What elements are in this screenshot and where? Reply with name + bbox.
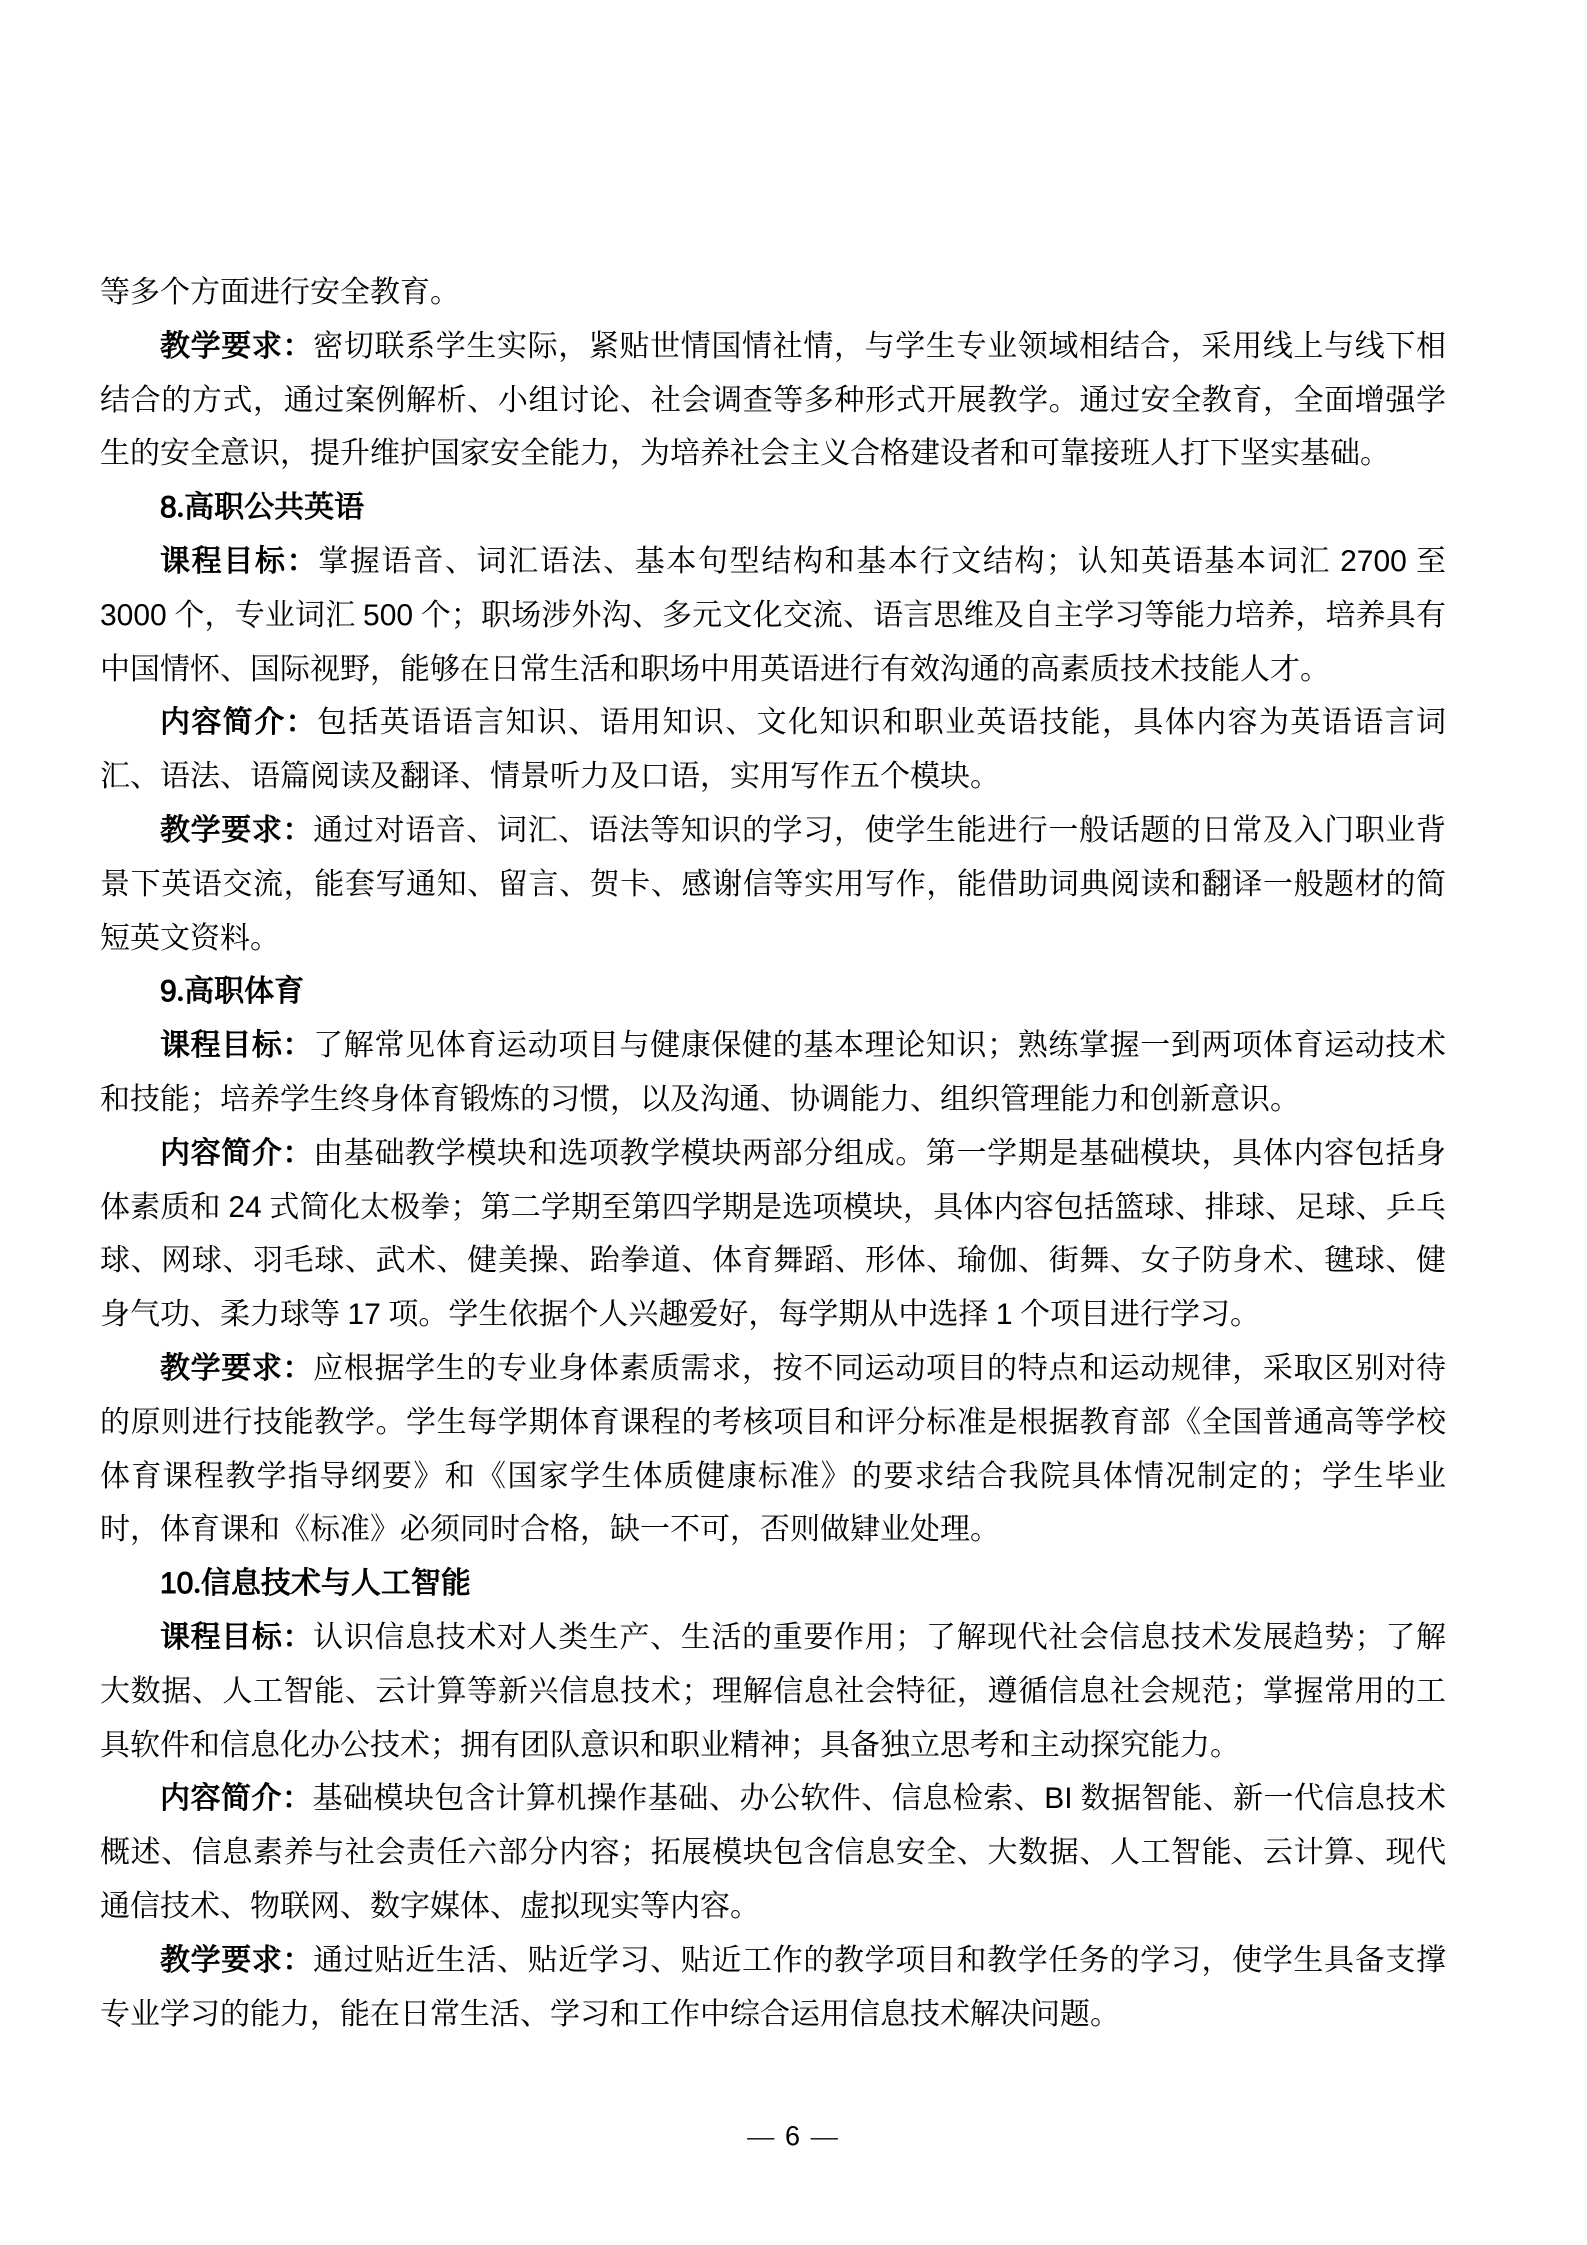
- paragraph: 内容简介：包括英语语言知识、语用知识、文化知识和职业英语技能，具体内容为英语语言…: [100, 696, 1446, 804]
- document-page: 等多个方面进行安全教育。教学要求：密切联系学生实际，紧贴世情国情社情，与学生专业…: [0, 0, 1587, 2245]
- heading-text: 8.高职公共英语: [160, 491, 364, 524]
- page-number: — 6 —: [747, 2121, 840, 2151]
- paragraph: 教学要求：通过贴近生活、贴近学习、贴近工作的教学项目和教学任务的学习，使学生具备…: [100, 1934, 1446, 2042]
- section-heading: 8.高职公共英语: [100, 481, 1446, 535]
- paragraph: 教学要求：应根据学生的专业身体素质需求，按不同运动项目的特点和运动规律，采取区别…: [100, 1342, 1446, 1557]
- paragraph-label: 教学要求：: [160, 1944, 313, 1977]
- page-footer: — 6 —: [0, 2116, 1587, 2156]
- paragraph-label: 课程目标：: [160, 545, 318, 578]
- paragraph: 课程目标：掌握语音、词汇语法、基本句型结构和基本行文结构；认知英语基本词汇 27…: [100, 535, 1446, 696]
- paragraph-label: 教学要求：: [160, 814, 313, 847]
- paragraph-label: 教学要求：: [160, 1352, 313, 1385]
- paragraph-label: 内容简介：: [160, 706, 317, 739]
- section-heading: 9.高职体育: [100, 965, 1446, 1019]
- paragraph-text: 等多个方面进行安全教育。: [100, 276, 460, 309]
- section-heading: 10.信息技术与人工智能: [100, 1557, 1446, 1611]
- paragraph-label: 教学要求：: [160, 330, 313, 363]
- paragraph: 内容简介：由基础教学模块和选项教学模块两部分组成。第一学期是基础模块，具体内容包…: [100, 1127, 1446, 1342]
- paragraph: 等多个方面进行安全教育。: [100, 266, 1446, 320]
- paragraph: 课程目标：认识信息技术对人类生产、生活的重要作用；了解现代社会信息技术发展趋势；…: [100, 1611, 1446, 1772]
- document-body: 等多个方面进行安全教育。教学要求：密切联系学生实际，紧贴世情国情社情，与学生专业…: [100, 266, 1446, 2041]
- paragraph: 教学要求：密切联系学生实际，紧贴世情国情社情，与学生专业领域相结合，采用线上与线…: [100, 320, 1446, 481]
- paragraph-label: 内容简介：: [160, 1137, 313, 1170]
- heading-text: 9.高职体育: [160, 975, 304, 1008]
- paragraph-label: 内容简介：: [160, 1782, 312, 1815]
- paragraph: 课程目标：了解常见体育运动项目与健康保健的基本理论知识；熟练掌握一到两项体育运动…: [100, 1019, 1446, 1127]
- paragraph-label: 课程目标：: [160, 1029, 313, 1062]
- paragraph: 内容简介：基础模块包含计算机操作基础、办公软件、信息检索、BI 数据智能、新一代…: [100, 1772, 1446, 1933]
- paragraph: 教学要求：通过对语音、词汇、语法等知识的学习，使学生能进行一般话题的日常及入门职…: [100, 804, 1446, 965]
- heading-text: 10.信息技术与人工智能: [160, 1567, 471, 1600]
- paragraph-label: 课程目标：: [160, 1621, 313, 1654]
